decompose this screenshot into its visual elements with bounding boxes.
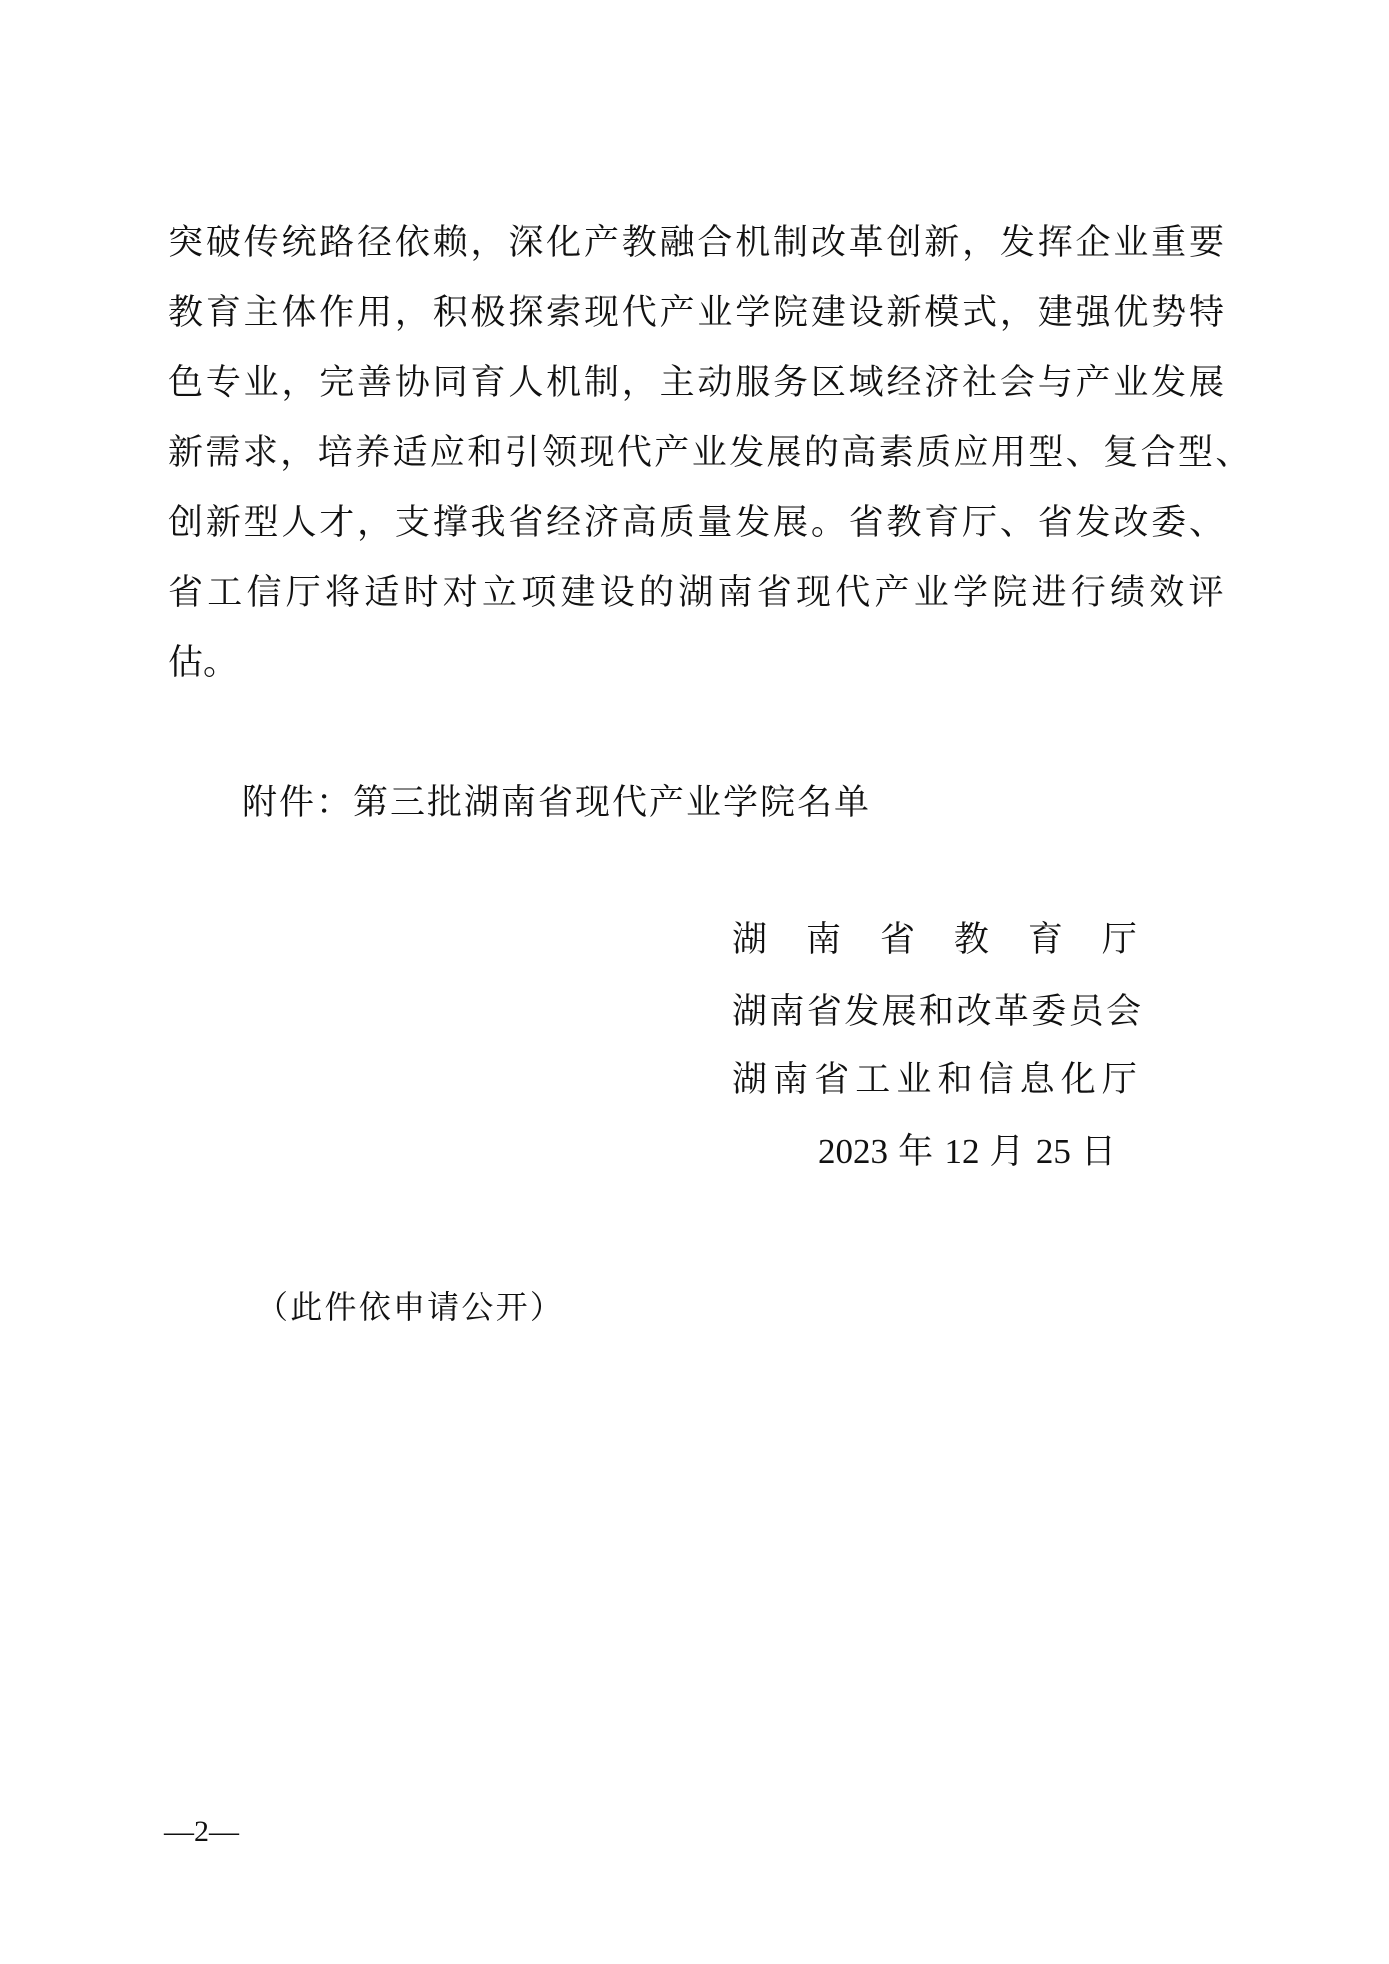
disclosure-note: （ 此 件 依 申 请 公 开 ） (256, 1287, 562, 1327)
body-paragraph-line-5: 创 新 型 人 才 ， 支 撑 我 省 经 济 高 质 量 发 展 。 省 教 … (168, 501, 1224, 545)
signatory-industry-it-department: 湖 南 省 工 业 和 信 息 化 厅 (732, 1058, 1137, 1102)
body-paragraph-line-1: 突 破 传 统 路 径 依 赖 ， 深 化 产 教 融 合 机 制 改 革 创 … (168, 221, 1224, 265)
attachment-reference: 附件：第三批湖南省现代产业学院名单 (242, 781, 871, 825)
document-page: 突 破 传 统 路 径 依 赖 ， 深 化 产 教 融 合 机 制 改 革 创 … (0, 0, 1389, 1964)
signature-date: 2023 年 12 月 25 日 (818, 1130, 1116, 1174)
body-paragraph-line-3: 色 专 业 ， 完 善 协 同 育 人 机 制 ， 主 动 服 务 区 域 经 … (168, 361, 1224, 405)
body-paragraph-line-6: 省 工 信 厅 将 适 时 对 立 项 建 设 的 湖 南 省 现 代 产 业 … (168, 571, 1224, 615)
signatory-development-reform-commission: 湖 南 省 发 展 和 改 革 委 员 会 (732, 990, 1137, 1034)
signatory-education-department: 湖 南 省 教 育 厅 (732, 918, 1137, 962)
body-paragraph-line-4: 新 需 求 ， 培 养 适 应 和 引 领 现 代 产 业 发 展 的 高 素 … (168, 431, 1224, 475)
body-paragraph-line-2: 教 育 主 体 作 用 ， 积 极 探 索 现 代 产 业 学 院 建 设 新 … (168, 291, 1224, 335)
body-paragraph-line-7: 估。 (168, 641, 238, 685)
page-number: —2— (164, 1816, 239, 1848)
